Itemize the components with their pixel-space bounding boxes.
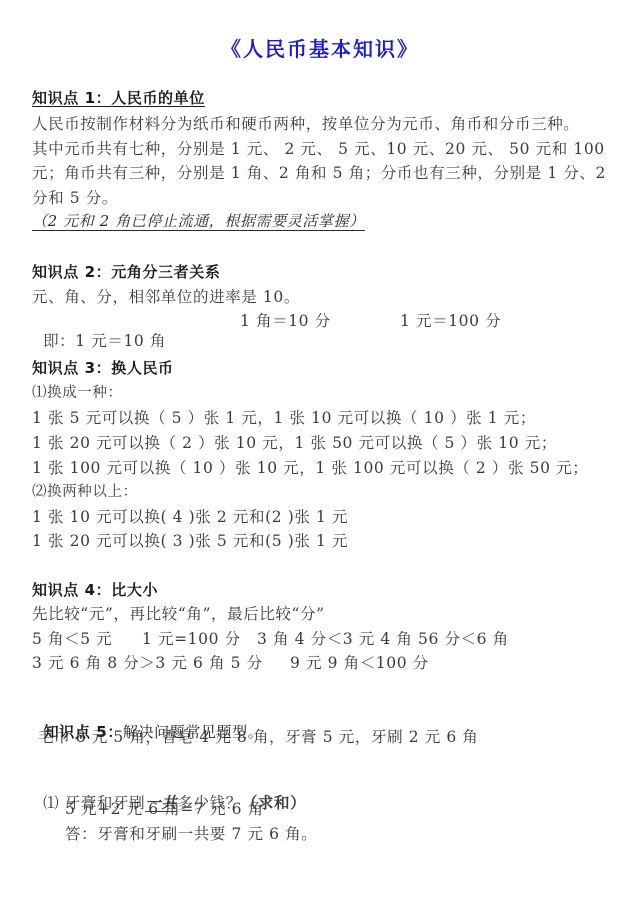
comparison-item: 3 角 4 分＜3 元 4 角 [257, 629, 413, 649]
section-1-line: 其中元币共有七种，分别是 1 元、 2 元、 5 元、10 元、20 元、 50… [32, 139, 605, 159]
section-4-line: 先比较“元”，再比较“角”，最后比较“分” [32, 604, 325, 624]
exchange-line: 1 张 10 元可以换( 4 )张 2 元和(2 )张 1 元 [32, 507, 348, 527]
section-1-line: 元；角币共有三种，分别是 1 角、2 角和 5 角；分币也有三种，分别是 1 分… [32, 163, 606, 183]
relation-item: 1 角＝10 分 [240, 311, 331, 331]
section-3-subheading: ⑴换成一种： [32, 383, 123, 403]
question-1-answer: 答：牙膏和牙刷一共要 7 元 6 角。 [65, 824, 317, 844]
section-2-line: 元、角、分，相邻单位的进率是 10。 [32, 287, 300, 307]
comparison-item: 1 元=100 分 [142, 629, 241, 649]
section-1-note: （2 元和 2 角已停止流通，根据需要灵活掌握） [32, 211, 365, 231]
comparison-item: 9 元 9 角＜100 分 [290, 653, 429, 673]
exchange-line: 1 张 20 元可以换( 3 )张 5 元和(5 )张 1 元 [32, 531, 348, 551]
section-2-relations: 即：1 元＝10 角 [32, 311, 166, 351]
section-3-subheading: ⑵换两种以上： [32, 482, 138, 502]
section-3-heading: 知识点 3：换人民币 [32, 358, 174, 378]
comparison-item: 3 元 6 角 8 分＞3 元 6 角 5 分 [32, 653, 263, 673]
section-4-heading: 知识点 4：比大小 [32, 580, 158, 600]
section-1-line: 人民币按制作材料分为纸币和硬币两种，按单位分为元币、角币和分币三种。 [32, 114, 579, 134]
document-title: 《人民币基本知识》 [0, 33, 640, 62]
exchange-line: 1 张 5 元可以换（ 5 ）张 1 元，1 张 10 元可以换（ 10 ）张 … [32, 408, 536, 428]
exchange-line: 1 张 100 元可以换（ 10 ）张 10 元，1 张 100 元可以换（ 2… [32, 458, 588, 478]
section-1-heading: 知识点 1：人民币的单位 [32, 88, 205, 108]
comparison-item: 5 角＜5 元 [32, 629, 112, 649]
exchange-line: 1 张 20 元可以换（ 2 ）张 10 元，1 张 50 元可以换（ 5 ）张… [32, 433, 557, 453]
relation-item: 1 元＝100 分 [400, 311, 501, 331]
relation-item: 1 元＝10 角 [75, 332, 166, 350]
price-list: 毛巾 8 元 5 角，香皂 4 元 8 角，牙膏 5 元，牙刷 2 元 6 角 [38, 727, 478, 747]
question-1-equation: 5 元+2 元 6 角=7 元 6 角 [65, 799, 264, 819]
relations-prefix: 即： [43, 332, 75, 350]
section-2-heading: 知识点 2：元角分三者关系 [32, 262, 220, 282]
comparison-item: 56 分＜6 角 [418, 629, 509, 649]
section-1-line: 分和 5 分。 [32, 188, 118, 208]
